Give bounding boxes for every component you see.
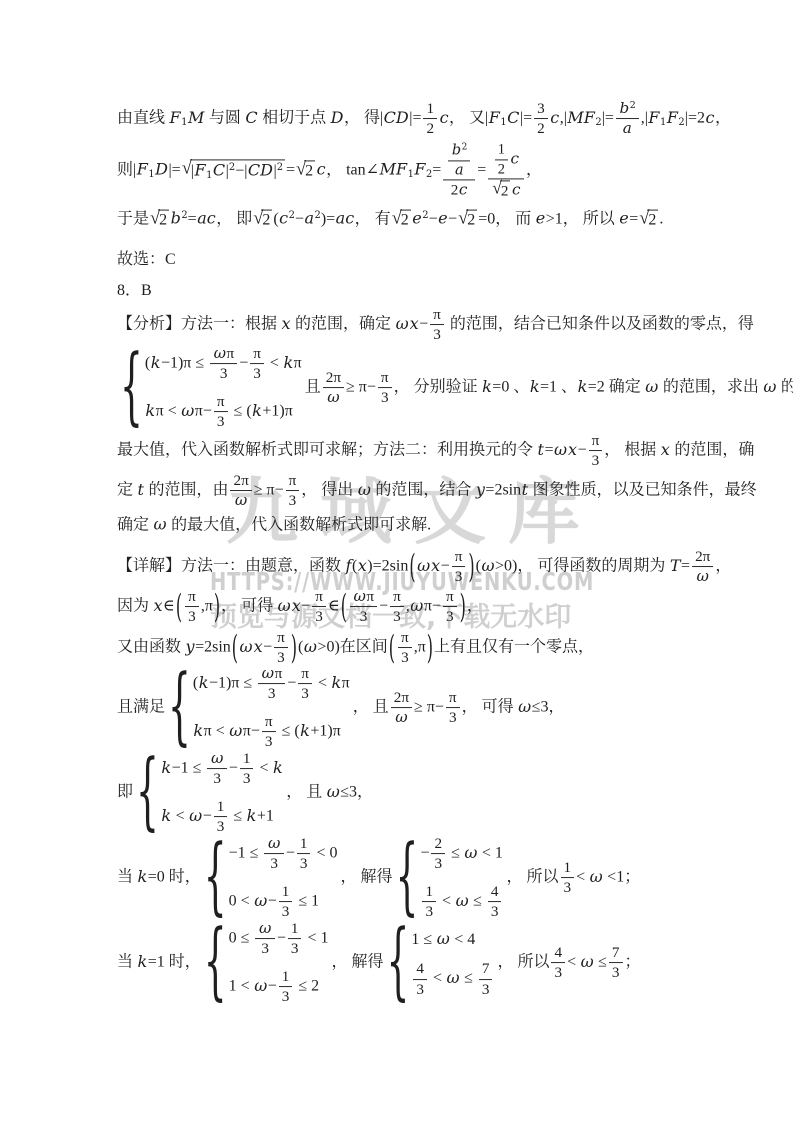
text-run: 2 — [426, 121, 434, 138]
text-run: π — [275, 665, 283, 682]
text-run: π — [446, 588, 454, 605]
text-run: 的范围，确 — [670, 442, 754, 459]
text-run: . — [659, 211, 663, 228]
math-variable: k — [161, 758, 172, 777]
text-run: − — [379, 598, 388, 615]
text-run: 3 — [291, 941, 299, 958]
text-run: 2 — [498, 161, 505, 177]
math-sqrt: √|F1C|2−|CD|2 — [182, 160, 285, 183]
text-run: 即 — [117, 784, 133, 801]
math-fraction: ωπ3 — [258, 665, 285, 703]
math-variable: ω — [326, 782, 340, 801]
math-fraction: π3 — [443, 588, 457, 626]
cases-row: 1 ≤ ω < 4 — [411, 928, 494, 951]
text-run: − — [448, 211, 457, 228]
cases-left-brace: { — [204, 836, 227, 921]
math-fraction: b2a — [448, 143, 470, 179]
math-cases-system: {(k−1)π ≤ ωπ3−π3 < kπkπ < ωπ−π3 ≤ (k+1)π — [168, 660, 350, 756]
math-variable: ac — [335, 209, 355, 228]
fraction-numerator: π — [262, 713, 276, 732]
text-run: +1 — [257, 808, 274, 825]
text-run: 1 — [498, 141, 505, 157]
text-run: ， — [467, 598, 483, 615]
cases-left-brace: { — [396, 836, 419, 921]
math-variable: T — [669, 556, 681, 575]
math-variable: ω — [261, 664, 274, 682]
math-fraction: 43 — [413, 960, 427, 998]
fraction-denominator: 3 — [609, 964, 623, 982]
text-run: ， 解得 — [341, 869, 393, 886]
math-variable: x — [568, 440, 578, 459]
text-run: −1 — [209, 675, 226, 692]
math-fraction: b2a — [616, 100, 639, 138]
text-run: ∈ — [163, 598, 175, 615]
math-variable: ω — [234, 492, 247, 510]
math-variable: a — [454, 162, 464, 178]
text-run: ； — [625, 954, 641, 971]
text-run: π− — [195, 403, 212, 420]
math-sqrt: √2 — [253, 209, 272, 230]
math-variable: c — [316, 160, 326, 179]
math-variable: x — [660, 440, 670, 459]
text-run: )=2sin — [367, 558, 408, 575]
math-sqrt: √2 — [150, 209, 169, 230]
fraction-numerator: π — [214, 393, 228, 412]
math-sqrt: √2 — [492, 181, 510, 201]
text-run: 3 — [360, 609, 368, 626]
math-variable: e — [412, 209, 422, 228]
fraction-numerator: π — [286, 472, 300, 491]
cases-row: 1 < ω−13 ≤ 2 — [229, 968, 329, 1006]
text-run: 3 — [270, 856, 278, 873]
fraction-numerator: π — [378, 369, 392, 388]
fraction-numerator: 1 — [288, 920, 302, 939]
math-variable: k — [193, 721, 204, 740]
math-variable: F — [136, 160, 148, 179]
cases-row: 0 ≤ ω3−13 < 1 — [229, 920, 329, 958]
text-run: 定 — [117, 482, 137, 499]
math-variable: F — [169, 108, 181, 127]
math-fraction: 23 — [431, 835, 445, 873]
text-run: 1 — [426, 100, 434, 117]
math-variable: ω — [254, 891, 268, 910]
math-cases-system: {−1 ≤ ω3−13 < 00 < ω−13 ≤ 1 — [204, 830, 338, 926]
math-subscript: 1 — [500, 117, 506, 128]
math-variable: c — [705, 108, 715, 127]
fraction-denominator: 3 — [286, 492, 300, 510]
text-run: 3 — [243, 771, 251, 788]
text-run: ， 且 — [353, 699, 389, 716]
text-run: 3 — [537, 100, 545, 117]
text-run: = — [326, 211, 335, 228]
fraction-denominator: 3 — [452, 568, 466, 586]
text-run: π — [301, 665, 309, 682]
text-run: 图象性质，以及已知条件，最终 — [529, 482, 757, 499]
math-variable: c — [439, 108, 449, 127]
text-run: 【详解】方法一：由题意，函数 — [117, 558, 345, 575]
fraction-numerator: 1 — [297, 835, 311, 854]
text-run: ， — [715, 110, 731, 127]
fraction-numerator: 1 — [561, 859, 575, 878]
text-run: < — [429, 970, 446, 987]
cases-row: 43 < ω ≤ 73 — [411, 960, 494, 998]
fraction-numerator: b2a — [443, 143, 475, 181]
math-fraction: 13 — [561, 859, 575, 897]
math-fraction: π3 — [589, 432, 603, 470]
text-run: ≤3， — [340, 784, 373, 801]
text-run: − — [441, 558, 450, 575]
math-fraction: π3 — [250, 345, 264, 383]
math-variable: ω — [189, 806, 203, 825]
math-fraction: 13 — [279, 968, 293, 1006]
fraction-denominator: ω — [230, 492, 251, 510]
text-run: 1 — [282, 883, 290, 900]
math-fraction: 43 — [551, 944, 565, 982]
fraction-numerator: π — [298, 665, 312, 684]
math-variable: c — [550, 108, 560, 127]
text-run: π− — [243, 723, 260, 740]
text-run: 1 — [217, 798, 225, 815]
math-variable: D — [155, 160, 169, 179]
text-run: 1 — [300, 835, 308, 852]
text-run: >0)在区间 — [317, 639, 387, 656]
math-variable: x — [253, 637, 263, 656]
math-variable: ω — [464, 843, 478, 862]
text-run: ,π — [414, 639, 426, 656]
text-run: π− — [424, 598, 441, 615]
math-variable: F — [414, 160, 426, 179]
text-run: −1 ≤ — [229, 845, 263, 862]
math-variable: x — [357, 556, 367, 575]
fraction-numerator: 2π — [391, 689, 412, 708]
fraction-numerator: 1 — [279, 883, 293, 902]
cases-rows: k−1 ≤ ω3−13 < kk < ω−13 ≤ k+1 — [161, 745, 283, 841]
text-run: < — [314, 675, 331, 692]
math-variable: C — [245, 108, 258, 127]
fraction-numerator: π — [446, 689, 460, 708]
fraction-denominator: 2c — [443, 181, 475, 199]
text-run: 1 — [282, 968, 290, 985]
fraction-numerator: 2π — [230, 472, 251, 491]
text-run: − — [420, 845, 429, 862]
text-run: = — [286, 162, 295, 179]
math-variable: CD — [383, 108, 409, 127]
fraction-denominator: 3 — [298, 685, 312, 703]
text-run: 3 — [188, 609, 196, 626]
math-variable: k — [272, 758, 283, 777]
fraction-numerator: π — [398, 629, 412, 648]
math-fraction: 73 — [609, 944, 623, 982]
text-run: 2π — [233, 472, 248, 489]
text-run: ， 得出 — [301, 482, 357, 499]
math-variable: ω — [267, 834, 280, 852]
math-variable: b — [170, 209, 181, 228]
text-run: 当 — [117, 954, 137, 971]
text-run: 8．B — [117, 282, 152, 299]
text-run: 2 — [434, 835, 442, 852]
text-run: 2 — [305, 163, 313, 180]
math-variable: k — [283, 353, 294, 372]
text-run: 3 — [315, 609, 323, 626]
math-variable: ω — [353, 587, 366, 605]
math-sqrt: √2 — [639, 209, 658, 230]
text-run: = — [688, 110, 697, 127]
math-variable: c — [458, 181, 468, 199]
text-run: π — [217, 393, 225, 410]
sqrt-radical-sign: √ — [182, 159, 192, 177]
math-variable: ω — [327, 389, 340, 407]
text-run: − — [295, 211, 304, 228]
text-run: =2sin — [195, 639, 231, 656]
text-run: 3 — [217, 413, 225, 430]
text-run: ≤ — [594, 954, 607, 971]
text-run: < — [266, 355, 283, 372]
math-fraction: 12 — [423, 100, 437, 138]
text-run: − — [203, 808, 212, 825]
text-run: − — [229, 760, 238, 777]
cases-left-brace: { — [204, 921, 227, 1006]
text-run: >1 — [546, 211, 563, 228]
text-run: ,π — [201, 598, 213, 615]
math-fraction: π3 — [286, 472, 300, 510]
fraction-numerator: 1 — [422, 883, 436, 902]
math-sqrt: √2 — [458, 209, 477, 230]
text-run: = — [523, 110, 532, 127]
text-line: 且满足{(k−1)π ≤ ωπ3−π3 < kπkπ < ωπ−π3 ≤ (k+… — [117, 660, 564, 756]
text-run: π — [188, 588, 196, 605]
text-run: π < — [204, 723, 229, 740]
text-run: 3 — [416, 981, 424, 998]
text-run: ≤ — [469, 893, 486, 910]
fraction-numerator: π — [250, 345, 264, 364]
text-run: 2π — [394, 689, 409, 706]
math-fraction: ωπ3 — [350, 588, 377, 626]
math-variable: ω — [303, 637, 317, 656]
text-run: 且满足 — [117, 699, 165, 716]
text-run: − — [419, 316, 428, 333]
text-run: ， 所以 — [497, 954, 549, 971]
text-run: ， 又 — [449, 110, 485, 127]
text-run: 3 — [289, 493, 297, 510]
fraction-denominator: 3 — [479, 980, 493, 998]
cases-row: (k−1)π ≤ ωπ3−π3 < kπ — [193, 665, 350, 703]
fraction-denominator: 3 — [207, 770, 226, 788]
text-run: 又由函数 — [117, 639, 185, 656]
text-run: < 1 — [303, 930, 328, 947]
fraction-numerator: b2 — [616, 100, 639, 119]
text-run: =0 — [478, 211, 495, 228]
text-run: − — [287, 675, 296, 692]
math-subscript: 1 — [148, 169, 154, 180]
text-run: 上有且仅有一个零点， — [434, 639, 594, 656]
text-run: π — [294, 355, 302, 372]
fraction-denominator: a — [616, 120, 639, 138]
math-variable: c — [279, 209, 289, 228]
text-run: < — [172, 808, 189, 825]
math-fraction: 2πω — [692, 548, 713, 586]
fraction-denominator: 3 — [561, 879, 575, 897]
math-variable: k — [331, 673, 342, 692]
math-variable: ω — [410, 596, 424, 615]
fraction-numerator: 12c — [488, 141, 524, 179]
text-run: ， 即 — [216, 211, 252, 228]
text-run: 0 ≤ — [229, 930, 254, 947]
text-line: 确定 ω 的最大值，代入函数解析式即可求解. — [117, 514, 431, 537]
math-fraction: b2a2c — [443, 143, 475, 200]
text-run: = — [188, 211, 197, 228]
text-run: =0 、 — [492, 379, 529, 396]
sqrt-radicand: |F1C|2−|CD|2 — [190, 160, 285, 183]
text-run: ， 所以 — [563, 211, 619, 228]
cases-left-brace: { — [168, 666, 191, 751]
math-variable: ω — [455, 891, 469, 910]
text-run: π — [381, 369, 389, 386]
document-page: 九域文库 HTTPS://WWW.JIUYUWENKU.COM 预览与源文档一致… — [0, 0, 793, 1122]
fraction-denominator: 2 — [423, 120, 437, 138]
math-variable: MF — [567, 108, 595, 127]
fraction-numerator: 2π — [692, 548, 713, 567]
text-line: 【分析】方法一：根据 x 的范围，确定 ωx−π3 的范围，结合已知条件以及函数… — [117, 306, 754, 344]
cases-rows: −23 ≤ ω < 113 < ω ≤ 43 — [420, 830, 503, 926]
text-run: = — [172, 162, 181, 179]
text-run: ≥ π− — [254, 482, 284, 499]
math-fraction: π3 — [378, 369, 392, 407]
text-run: < 4 — [450, 931, 475, 948]
text-run: 2 — [262, 211, 270, 228]
fraction-denominator: 3 — [551, 964, 565, 982]
text-run: 3 — [300, 856, 308, 873]
fraction-numerator: 3 — [534, 100, 548, 119]
text-run: ， 且 — [286, 784, 326, 801]
text-run: −1 ≤ — [172, 760, 206, 777]
fraction-numerator: ωπ — [210, 345, 237, 364]
text-run: 2 — [401, 211, 409, 228]
fraction-numerator: 7 — [479, 960, 493, 979]
fraction-denominator: 3 — [214, 412, 228, 430]
text-run: 的 — [777, 379, 793, 396]
text-line: 8．B — [117, 280, 152, 302]
text-run: 最大值，代入函数解析式即可求解；方法二：利用换元的令 — [117, 442, 537, 459]
math-variable: a — [622, 120, 632, 138]
sqrt-radical-sign: √ — [150, 208, 160, 226]
text-run: 3 — [393, 609, 401, 626]
text-line: 由直线 F1M 与圆 C 相切于点 D， 得|CD|=12c， 又|F1C|=3… — [117, 100, 731, 138]
big-parenthesis: ) — [213, 585, 221, 629]
text-run: 的范围，结合已知条件以及函数的零点，得 — [446, 316, 754, 333]
text-run: )π — [279, 403, 292, 420]
math-variable: ω — [553, 440, 567, 459]
math-variable: ω — [395, 709, 408, 727]
text-run: 3 — [282, 988, 290, 1005]
text-run: +1 — [262, 403, 279, 420]
text-run: < 0 — [312, 845, 337, 862]
fraction-numerator: π — [430, 306, 444, 325]
cases-left-brace: { — [387, 921, 410, 1006]
fraction-numerator: 1 — [240, 750, 254, 769]
text-run: 由直线 — [117, 110, 169, 127]
fraction-numerator: π — [390, 588, 404, 607]
fraction-numerator: π — [312, 588, 326, 607]
math-variable: ω — [481, 556, 495, 575]
math-fraction: 32 — [534, 100, 548, 138]
text-run: π — [366, 588, 374, 605]
text-run: 2 — [159, 211, 167, 228]
text-run: )π ≤ — [178, 355, 208, 372]
text-run: = — [412, 110, 421, 127]
text-run: 2 — [648, 211, 656, 228]
text-run: ， tan∠ — [326, 162, 379, 179]
text-run: 0 < — [229, 893, 254, 910]
math-fraction: 12c√2c — [488, 141, 524, 200]
text-run: 的最大值，代入函数解析式即可求解. — [167, 517, 431, 534]
math-fraction: π3 — [390, 588, 404, 626]
text-run: < — [576, 869, 589, 886]
math-superscript: 2 — [277, 162, 283, 173]
text-run: − — [578, 442, 587, 459]
text-run: ≤ ( — [278, 723, 300, 740]
text-run: ， 根据 — [604, 442, 660, 459]
text-run: =0 时， — [148, 869, 201, 886]
math-variable: F — [648, 108, 660, 127]
math-subscript: 1 — [408, 169, 414, 180]
text-run: ， 而 — [495, 211, 535, 228]
math-fraction: 13 — [297, 835, 311, 873]
fraction-numerator: ω — [264, 835, 283, 854]
text-run: =1 、 — [540, 379, 577, 396]
text-run: 与圆 — [205, 110, 245, 127]
text-run: ≤ — [460, 970, 477, 987]
math-variable: e — [619, 209, 629, 228]
math-variable: k — [482, 377, 493, 396]
sqrt-radical-sign: √ — [296, 160, 306, 178]
text-line: {(k−1)π ≤ ωπ3−π3 < kπkπ < ωπ−π3 ≤ (k+1)π… — [117, 340, 793, 436]
text-run: =2sin — [485, 482, 521, 499]
text-run: 4 — [416, 960, 424, 977]
text-run: )π ≤ — [226, 675, 256, 692]
text-line: 当 k=1 时，{0 ≤ ω3−13 < 11 < ω−13 ≤ 2， 解得{1… — [117, 915, 641, 1011]
text-run: ， 所以 — [506, 869, 558, 886]
math-fraction: 13 — [240, 750, 254, 788]
text-run: 2 — [697, 110, 705, 127]
math-fraction: ω3 — [264, 835, 283, 873]
text-line: 因为 x∈(π3,π)， 可得 ωx−π3∈(ωπ3−π3,ωπ−π3)， — [117, 588, 483, 626]
fraction-numerator: π — [274, 629, 288, 648]
math-fraction: π3 — [452, 548, 466, 586]
math-variable: k — [529, 377, 540, 396]
text-run: ， 可得 — [462, 699, 518, 716]
math-variable: t — [521, 480, 528, 499]
fraction-numerator: 2 — [431, 835, 445, 854]
fraction-numerator: 1 — [495, 141, 508, 160]
math-variable: k — [150, 353, 161, 372]
math-variable: y — [475, 480, 485, 499]
text-run: − — [235, 163, 244, 180]
big-parenthesis: ( — [408, 545, 416, 589]
math-variable: x — [291, 596, 301, 615]
math-variable: a — [304, 209, 315, 228]
text-run: 3 — [381, 390, 389, 407]
fraction-numerator: π — [185, 588, 199, 607]
text-run: π — [289, 472, 297, 489]
text-run: − — [268, 893, 277, 910]
math-variable: ω — [258, 919, 271, 937]
text-run: 的范围，确定 — [291, 316, 395, 333]
text-line: 当 k=0 时，{−1 ≤ ω3−13 < 00 < ω−13 ≤ 1， 解得{… — [117, 830, 640, 926]
math-variable: MF — [379, 160, 407, 179]
text-run: ≤ ( — [230, 403, 252, 420]
fraction-denominator: 3 — [431, 855, 445, 873]
math-fraction: 2πω — [323, 369, 344, 407]
